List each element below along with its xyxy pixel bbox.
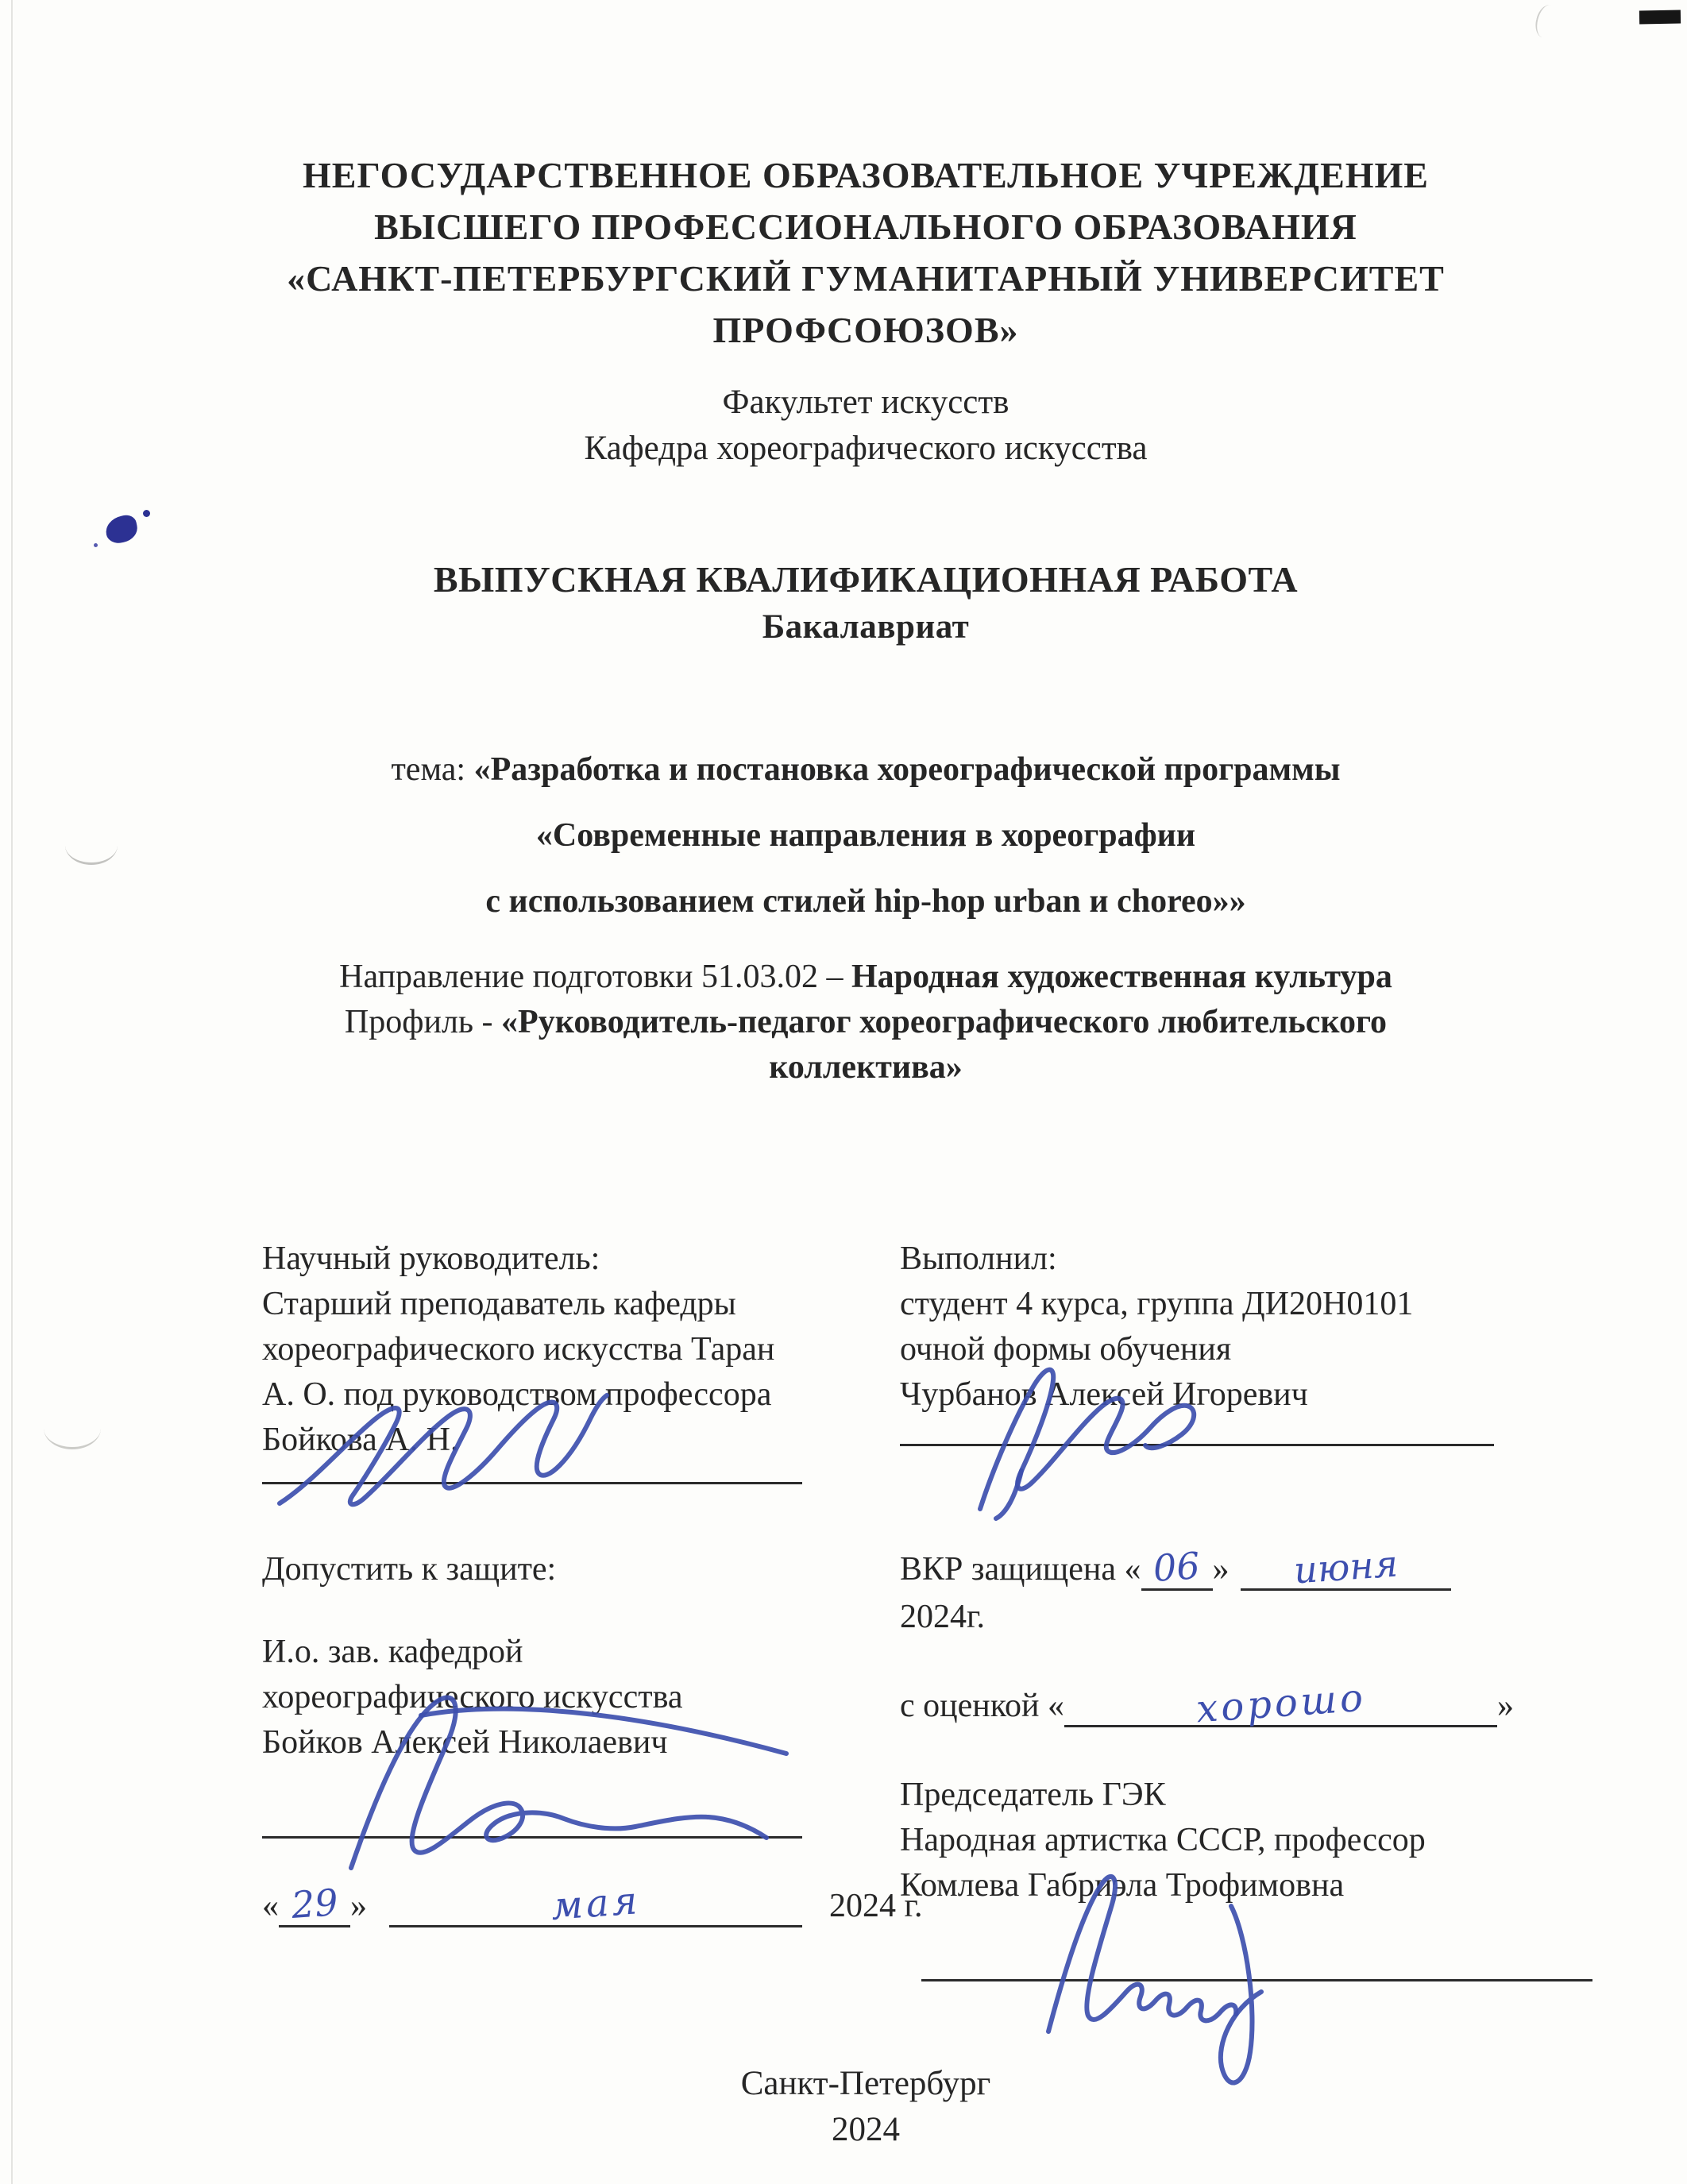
scan-artifact-arc xyxy=(44,1407,101,1449)
institution-line: «САНКТ-ПЕТЕРБУРГСКИЙ ГУМАНИТАРНЫЙ УНИВЕР… xyxy=(135,253,1596,304)
ink-blot xyxy=(103,513,140,546)
theme-block: тема: «Разработка и постановка хореограф… xyxy=(135,737,1596,935)
work-type-title: ВЫПУСКНАЯ КВАЛИФИКАЦИОННАЯ РАБОТА xyxy=(135,556,1596,604)
department-head-signature xyxy=(302,1684,810,1882)
defense-year: 2024г. xyxy=(900,1595,985,1640)
guillemet-close: » xyxy=(350,1888,367,1924)
faculty-block: Факультет искусств Кафедра хореографичес… xyxy=(135,380,1596,472)
scan-artifact-curl xyxy=(1532,2,1560,40)
direction-value: Народная художественная культура xyxy=(851,959,1392,995)
admission-heading: Допустить к защите: xyxy=(262,1547,556,1592)
handwritten-grade: хорошо xyxy=(1195,1678,1367,1730)
supervisor-line: Старший преподаватель кафедры xyxy=(262,1282,850,1327)
defense-day-blank: 06 xyxy=(1141,1547,1213,1591)
direction-label: Направление подготовки 51.03.02 – xyxy=(339,959,851,995)
committee-title: Председатель ГЭК xyxy=(900,1773,1662,1818)
department-name: Кафедра хореографического искусства xyxy=(135,426,1596,472)
supervisor-signature xyxy=(270,1370,612,1517)
guillemet-close: » xyxy=(1213,1551,1230,1588)
author-line: студент 4 курса, группа ДИ20Н0101 xyxy=(900,1282,1583,1327)
date-month-blank: мая xyxy=(389,1884,802,1927)
footer-year: 2024 xyxy=(135,2107,1596,2153)
profile-label: Профиль - xyxy=(345,1004,501,1040)
degree-level: Бакалавриат xyxy=(135,604,1596,651)
author-signature xyxy=(945,1350,1231,1521)
scanned-title-page: НЕГОСУДАРСТВЕННОЕ ОБРАЗОВАТЕЛЬНОЕ УЧРЕЖД… xyxy=(0,0,1687,2184)
scan-artifact-arc xyxy=(65,826,118,865)
scan-edge-line xyxy=(11,0,13,2184)
defense-prefix: ВКР защищена « xyxy=(900,1551,1141,1588)
footer-block: Санкт-Петербург 2024 xyxy=(135,2061,1596,2153)
program-block: Направление подготовки 51.03.02 – Народн… xyxy=(135,955,1596,1090)
handwritten-defense-day: 06 xyxy=(1152,1545,1202,1588)
institution-line: НЕГОСУДАРСТВЕННОЕ ОБРАЗОВАТЕЛЬНОЕ УЧРЕЖД… xyxy=(135,149,1596,201)
scan-artifact-black-bar xyxy=(1639,10,1681,25)
theme-line-2: «Современные направления в хореографии xyxy=(135,803,1596,869)
grade-blank: хорошо xyxy=(1064,1684,1497,1727)
author-heading: Выполнил: xyxy=(900,1237,1583,1282)
defense-date-line: ВКР защищена «06»июня xyxy=(900,1547,1646,1592)
theme-label: тема: xyxy=(391,751,473,788)
guillemet-open: « xyxy=(262,1888,279,1924)
ink-dot xyxy=(143,510,150,517)
profile-value: «Руководитель-педагог хореографического … xyxy=(501,1004,1387,1040)
admission-position-line: И.о. зав. кафедрой xyxy=(262,1630,850,1675)
institution-line: ПРОФСОЮЗОВ» xyxy=(135,304,1596,356)
admission-date-line: «29»мая2024 г. xyxy=(262,1884,923,1927)
ink-dot xyxy=(94,543,98,547)
date-day-blank: 29 xyxy=(279,1884,350,1927)
supervisor-heading: Научный руководитель: xyxy=(262,1237,850,1282)
grade-line: с оценкой «хорошо» xyxy=(900,1684,1662,1729)
work-type-block: ВЫПУСКНАЯ КВАЛИФИКАЦИОННАЯ РАБОТА Бакала… xyxy=(135,556,1596,651)
theme-line-1: тема: «Разработка и постановка хореограф… xyxy=(135,737,1596,803)
handwritten-defense-month: июня xyxy=(1292,1543,1399,1590)
committee-rank: Народная артистка СССР, профессор xyxy=(900,1818,1662,1863)
theme-title-part-1: «Разработка и постановка хореографическо… xyxy=(474,751,1341,788)
defense-month-blank: июня xyxy=(1241,1547,1451,1591)
profile-line: Профиль - «Руководитель-педагог хореогра… xyxy=(135,1000,1596,1045)
direction-line: Направление подготовки 51.03.02 – Народн… xyxy=(135,955,1596,1000)
supervisor-line: хореографического искусства Таран xyxy=(262,1327,850,1372)
institution-line: ВЫСШЕГО ПРОФЕССИОНАЛЬНОГО ОБРАЗОВАНИЯ xyxy=(135,201,1596,253)
grade-suffix: » xyxy=(1497,1688,1514,1724)
faculty-name: Факультет искусств xyxy=(135,380,1596,426)
profile-line-2: коллектива» xyxy=(135,1045,1596,1090)
institution-header: НЕГОСУДАРСТВЕННОЕ ОБРАЗОВАТЕЛЬНОЕ УЧРЕЖД… xyxy=(135,149,1596,356)
handwritten-month: мая xyxy=(550,1881,641,1927)
handwritten-day: 29 xyxy=(290,1882,339,1925)
footer-city: Санкт-Петербург xyxy=(135,2061,1596,2107)
grade-prefix: с оценкой « xyxy=(900,1688,1064,1724)
theme-line-3: с использованием стилей hip-hop urban и … xyxy=(135,869,1596,935)
